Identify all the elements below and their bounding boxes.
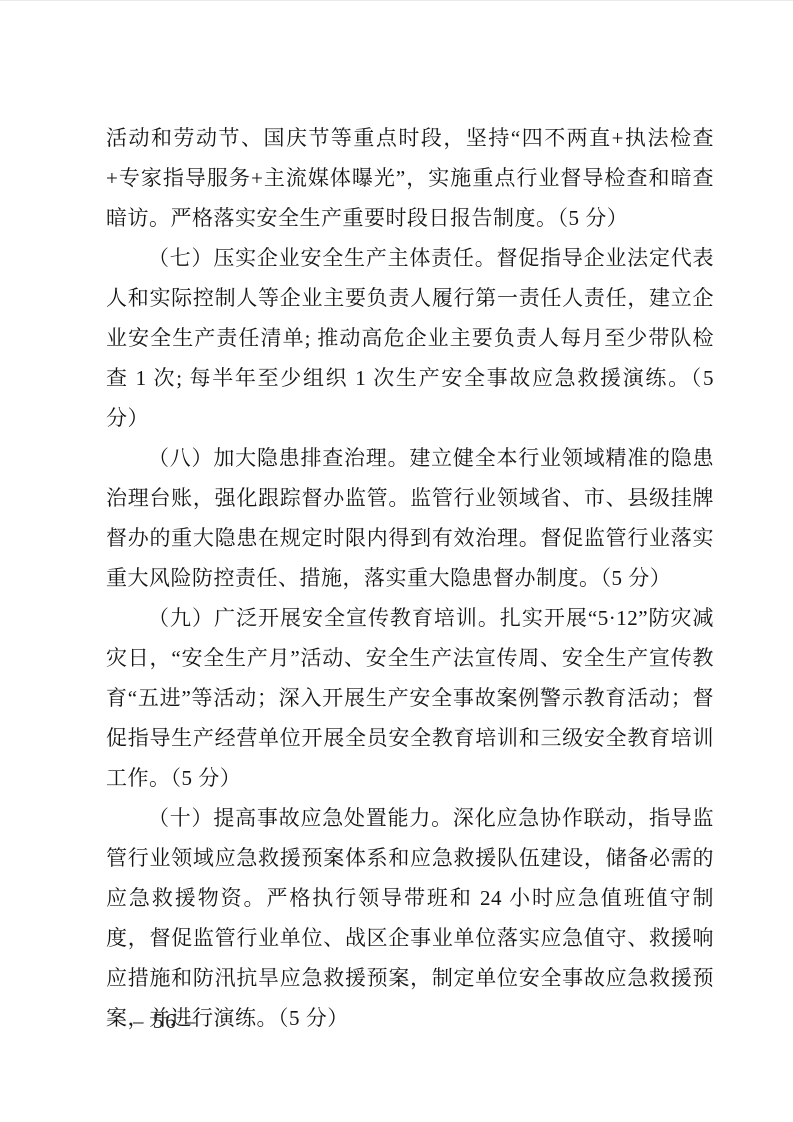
paragraph-item-9: （九）广泛开展安全宣传教育培训。扎实开展“5·12”防灾减灾日，“安全生产月”活… — [106, 598, 714, 798]
paragraph-item-8: （八）加大隐患排查治理。建立健全本行业领域精准的隐患治理台账，强化跟踪督办监管。… — [106, 438, 714, 598]
document-page: 活动和劳动节、国庆节等重点时段，坚持“四不两直+执法检查+专家指导服务+主流媒体… — [0, 0, 793, 1122]
page-number: – 56 – — [133, 1006, 198, 1036]
paragraph-continuation: 活动和劳动节、国庆节等重点时段，坚持“四不两直+执法检查+专家指导服务+主流媒体… — [106, 118, 714, 238]
paragraph-item-10: （十）提高事故应急处置能力。深化应急协作联动，指导监管行业领域应急救援预案体系和… — [106, 798, 714, 1038]
paragraph-item-7: （七）压实企业安全生产主体责任。督促指导企业法定代表人和实际控制人等企业主要负责… — [106, 238, 714, 438]
body-text: 活动和劳动节、国庆节等重点时段，坚持“四不两直+执法检查+专家指导服务+主流媒体… — [106, 118, 714, 1038]
